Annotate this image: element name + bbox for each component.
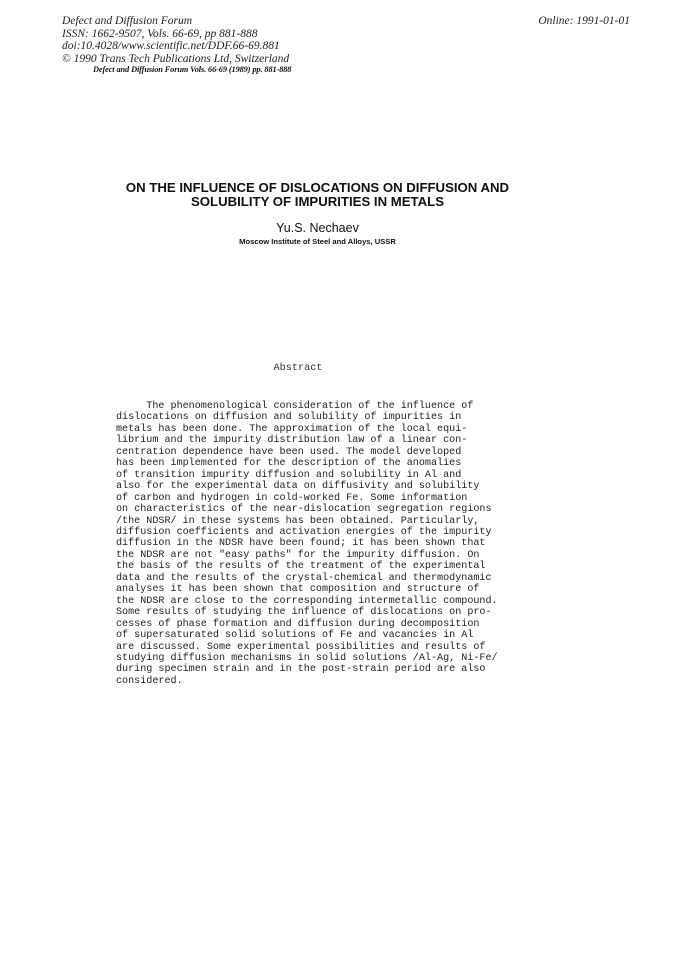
abstract-line: the basis of the results of the treatmen… bbox=[116, 561, 498, 572]
affiliation: Moscow Institute of Steel and Alloys, US… bbox=[0, 237, 635, 246]
issn-line: ISSN: 1662-9507, Vols. 66-69, pp 881-888 bbox=[62, 28, 289, 41]
abstract-body: The phenomenological consideration of th… bbox=[116, 401, 498, 687]
copyright-line: © 1990 Trans Tech Publications Ltd, Swit… bbox=[62, 53, 289, 66]
abstract-line: the NDSR are close to the corresponding … bbox=[116, 596, 498, 607]
online-date: Online: 1991-01-01 bbox=[538, 15, 630, 28]
abstract-line: dislocations on diffusion and solubility… bbox=[116, 412, 498, 423]
abstract-line: studying diffusion mechanisms in solid s… bbox=[116, 653, 498, 664]
journal-name: Defect and Diffusion Forum bbox=[62, 15, 289, 28]
abstract-line: Some results of studying the influence o… bbox=[116, 607, 498, 618]
abstract-heading: Abstract bbox=[0, 363, 596, 374]
abstract-line: of carbon and hydrogen in cold-worked Fe… bbox=[116, 493, 498, 504]
abstract-line: of transition impurity diffusion and sol… bbox=[116, 470, 498, 481]
abstract-line: /the NDSR/ in these systems has been obt… bbox=[116, 516, 498, 527]
abstract-line: data and the results of the crystal-chem… bbox=[116, 573, 498, 584]
abstract-line: diffusion in the NDSR have been found; i… bbox=[116, 538, 498, 549]
abstract-line: the NDSR are not "easy paths" for the im… bbox=[116, 550, 498, 561]
abstract-line: are discussed. Some experimental possibi… bbox=[116, 642, 498, 653]
author: Yu.S. Nechaev bbox=[0, 221, 635, 235]
paper-title: ON THE INFLUENCE OF DISLOCATIONS ON DIFF… bbox=[0, 181, 635, 209]
abstract-line: considered. bbox=[116, 676, 498, 687]
citation-header: Defect and Diffusion Forum ISSN: 1662-95… bbox=[62, 15, 289, 65]
abstract-line: The phenomenological consideration of th… bbox=[116, 401, 498, 412]
abstract-line: centration dependence have been used. Th… bbox=[116, 447, 498, 458]
abstract-line: of supersaturated solid solutions of Fe … bbox=[116, 630, 498, 641]
abstract-line: diffusion coefficients and activation en… bbox=[116, 527, 498, 538]
abstract-line: during specimen strain and in the post-s… bbox=[116, 664, 498, 675]
abstract-line: has been implemented for the description… bbox=[116, 458, 498, 469]
abstract-line: analyses it has been shown that composit… bbox=[116, 584, 498, 595]
abstract-line: also for the experimental data on diffus… bbox=[116, 481, 498, 492]
abstract-line: metals has been done. The approximation … bbox=[116, 424, 498, 435]
doi-line: doi:10.4028/www.scientific.net/DDF.66-69… bbox=[62, 40, 289, 53]
abstract-line: cesses of phase formation and diffusion … bbox=[116, 619, 498, 630]
journal-reference: Defect and Diffusion Forum Vols. 66-69 (… bbox=[93, 65, 291, 74]
title-line: SOLUBILITY OF IMPURITIES IN METALS bbox=[0, 195, 635, 209]
abstract-line: librium and the impurity distribution la… bbox=[116, 435, 498, 446]
abstract-line: on characteristics of the near-dislocati… bbox=[116, 504, 498, 515]
title-line: ON THE INFLUENCE OF DISLOCATIONS ON DIFF… bbox=[0, 181, 635, 195]
